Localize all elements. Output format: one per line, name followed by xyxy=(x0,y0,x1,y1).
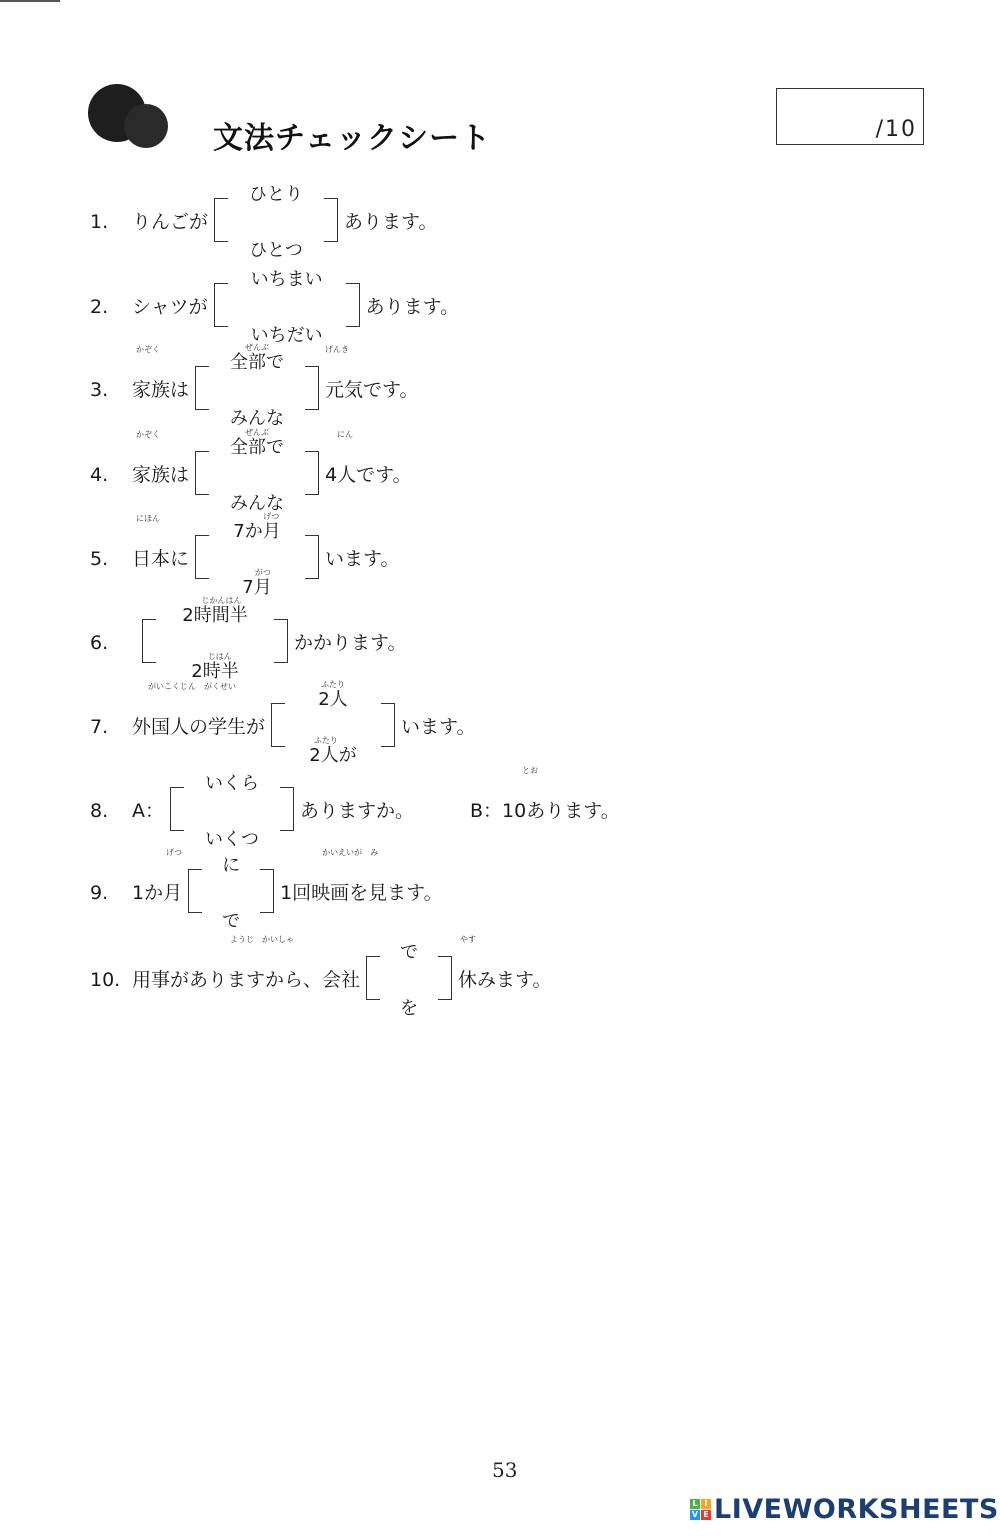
choice-bracket[interactable]: ふたり2人 ふたり2人が xyxy=(271,701,395,753)
question-number: 2. xyxy=(90,272,132,342)
question-after: あります。 xyxy=(366,272,459,342)
question-number: 3. xyxy=(90,355,132,425)
choice-bracket[interactable]: げつ7か月 がつ7月 xyxy=(195,533,319,585)
option-text: 2時間半 xyxy=(182,605,247,626)
choice-option-1[interactable]: げつ7か月 xyxy=(195,521,319,543)
question-number: 9. xyxy=(90,858,132,928)
question-after: にん 4人です。 xyxy=(325,440,412,510)
before-text: 日本に xyxy=(132,548,189,570)
question-number: 5. xyxy=(90,524,132,594)
furigana: かぞく xyxy=(136,345,160,355)
question-before: にほん 日本に xyxy=(132,524,189,594)
after-text: 休みます。 xyxy=(458,969,551,991)
choice-option-1[interactable]: いちまい xyxy=(214,269,360,291)
question-before: A： xyxy=(132,776,164,846)
logo-tile: L xyxy=(690,1499,700,1509)
furigana: ふたり xyxy=(321,680,345,690)
furigana: にん xyxy=(337,430,353,440)
question-before: がいこくじん がくせい 外国人の学生が xyxy=(132,692,265,762)
option-text: 7か月 xyxy=(233,521,280,542)
logo-tile: E xyxy=(701,1510,711,1520)
question-after: やす 休みます。 xyxy=(458,945,551,1015)
choice-option-2[interactable]: ひとつ xyxy=(214,240,338,262)
question-number: 10. xyxy=(90,945,132,1015)
option-text: 2人が xyxy=(309,745,356,766)
furigana: とお xyxy=(522,766,538,776)
question-before: かぞく 家族は xyxy=(132,440,189,510)
furigana: がいこくじん がくせい xyxy=(148,682,236,692)
choice-bracket[interactable]: で を xyxy=(366,954,452,1006)
choice-option-2[interactable]: いくつ xyxy=(170,829,294,851)
question-after: かかります。 xyxy=(294,608,406,678)
option-text: 全部で xyxy=(230,352,284,373)
choice-option-2[interactable]: を xyxy=(366,998,452,1020)
logo-text: LIVEWORKSHEETS xyxy=(714,1494,999,1525)
question-after: あります。 xyxy=(344,187,437,257)
logo-tile: I xyxy=(701,1499,711,1509)
question-before: かぞく 家族は xyxy=(132,355,189,425)
answer-b-text: B：10あります。 xyxy=(470,800,620,822)
answer-b: とお B：10あります。 xyxy=(470,776,620,846)
furigana: ふたり xyxy=(314,736,338,746)
question-before: ようじ かいしゃ 用事がありますから、会社 xyxy=(132,945,360,1015)
question-after: かいえいが み 1回映画を見ます。 xyxy=(280,858,443,928)
furigana: げつ xyxy=(263,512,279,522)
before-text: 1か月 xyxy=(132,882,182,904)
choice-option-2[interactable]: ふたり2人が xyxy=(271,745,395,767)
furigana: ようじ かいしゃ xyxy=(230,935,294,945)
choice-bracket[interactable]: じかんはん2時間半 じはん2時半 xyxy=(142,617,288,669)
option-text: 7月 xyxy=(242,577,271,598)
question-number: 6. xyxy=(90,608,136,678)
question-before: げつ 1か月 xyxy=(132,858,182,928)
choice-bracket[interactable]: ぜんぶ全部で みんな xyxy=(195,364,319,416)
page-number: 53 xyxy=(492,1458,517,1482)
choice-option-1[interactable]: ひとり xyxy=(214,184,338,206)
lesson-badge xyxy=(88,84,188,154)
furigana: げんき xyxy=(325,345,349,355)
question-after: ありますか。 xyxy=(300,776,414,846)
choice-option-2[interactable]: じはん2時半 xyxy=(142,661,288,683)
choice-option-1[interactable]: じかんはん2時間半 xyxy=(142,605,288,627)
option-text: 2時半 xyxy=(191,661,238,682)
furigana: げつ xyxy=(166,848,182,858)
choice-option-1[interactable]: ふたり2人 xyxy=(271,689,395,711)
furigana: かいえいが み xyxy=(322,848,378,858)
before-text: 家族は xyxy=(132,379,189,401)
choice-option-1[interactable]: で xyxy=(366,942,452,964)
logo-tile: V xyxy=(690,1510,700,1520)
liveworksheets-logo[interactable]: L I V E LIVEWORKSHEETS xyxy=(690,1494,999,1525)
choice-bracket[interactable]: いくら いくつ xyxy=(170,785,294,837)
furigana: がつ xyxy=(255,568,271,578)
after-text: 4人です。 xyxy=(325,464,412,486)
choice-option-2[interactable]: みんな xyxy=(195,493,319,515)
question-after: います。 xyxy=(325,524,399,594)
logo-tiles-icon: L I V E xyxy=(690,1499,711,1520)
option-text: 2人 xyxy=(318,689,347,710)
choice-option-1[interactable]: いくら xyxy=(170,773,294,795)
question-number: 7. xyxy=(90,692,132,762)
before-text: 用事がありますから、会社 xyxy=(132,969,360,991)
badge-circle-small xyxy=(124,104,168,148)
furigana: かぞく xyxy=(136,430,160,440)
choice-option-2[interactable]: で xyxy=(188,911,274,933)
furigana: じはん xyxy=(208,652,232,662)
after-text: 1回映画を見ます。 xyxy=(280,882,443,904)
question-before: シャツが xyxy=(132,272,208,342)
score-box[interactable]: /10 xyxy=(776,88,924,145)
question-after: げんき 元気です。 xyxy=(325,355,418,425)
page-title: 文法チェックシート xyxy=(213,113,491,157)
choice-bracket[interactable]: いちまい いちだい xyxy=(214,281,360,333)
question-number: 8. xyxy=(90,776,132,846)
score-total: /10 xyxy=(876,117,917,142)
furigana: じかんはん xyxy=(202,596,242,606)
choice-option-2[interactable]: いちだい xyxy=(214,325,360,347)
choice-bracket[interactable]: ぜんぶ全部で みんな xyxy=(195,449,319,501)
choice-option-1[interactable]: に xyxy=(188,855,274,877)
after-text: 元気です。 xyxy=(325,379,418,401)
choice-option-2[interactable]: みんな xyxy=(195,408,319,430)
choice-bracket[interactable]: に で xyxy=(188,867,274,919)
choice-option-1[interactable]: ぜんぶ全部で xyxy=(195,352,319,374)
choice-option-1[interactable]: ぜんぶ全部で xyxy=(195,437,319,459)
option-text: 全部で xyxy=(230,437,284,458)
furigana: ぜんぶ xyxy=(245,428,269,438)
question-number: 1. xyxy=(90,187,132,257)
furigana: やす xyxy=(460,935,476,945)
question-after: います。 xyxy=(401,692,475,762)
furigana: にほん xyxy=(136,514,160,524)
question-before: りんごが xyxy=(132,187,208,257)
question-number: 4. xyxy=(90,440,132,510)
furigana: ぜんぶ xyxy=(245,343,269,353)
before-text: 外国人の学生が xyxy=(132,716,265,738)
scan-artifact xyxy=(0,0,60,2)
before-text: 家族は xyxy=(132,464,189,486)
choice-bracket[interactable]: ひとり ひとつ xyxy=(214,196,338,248)
